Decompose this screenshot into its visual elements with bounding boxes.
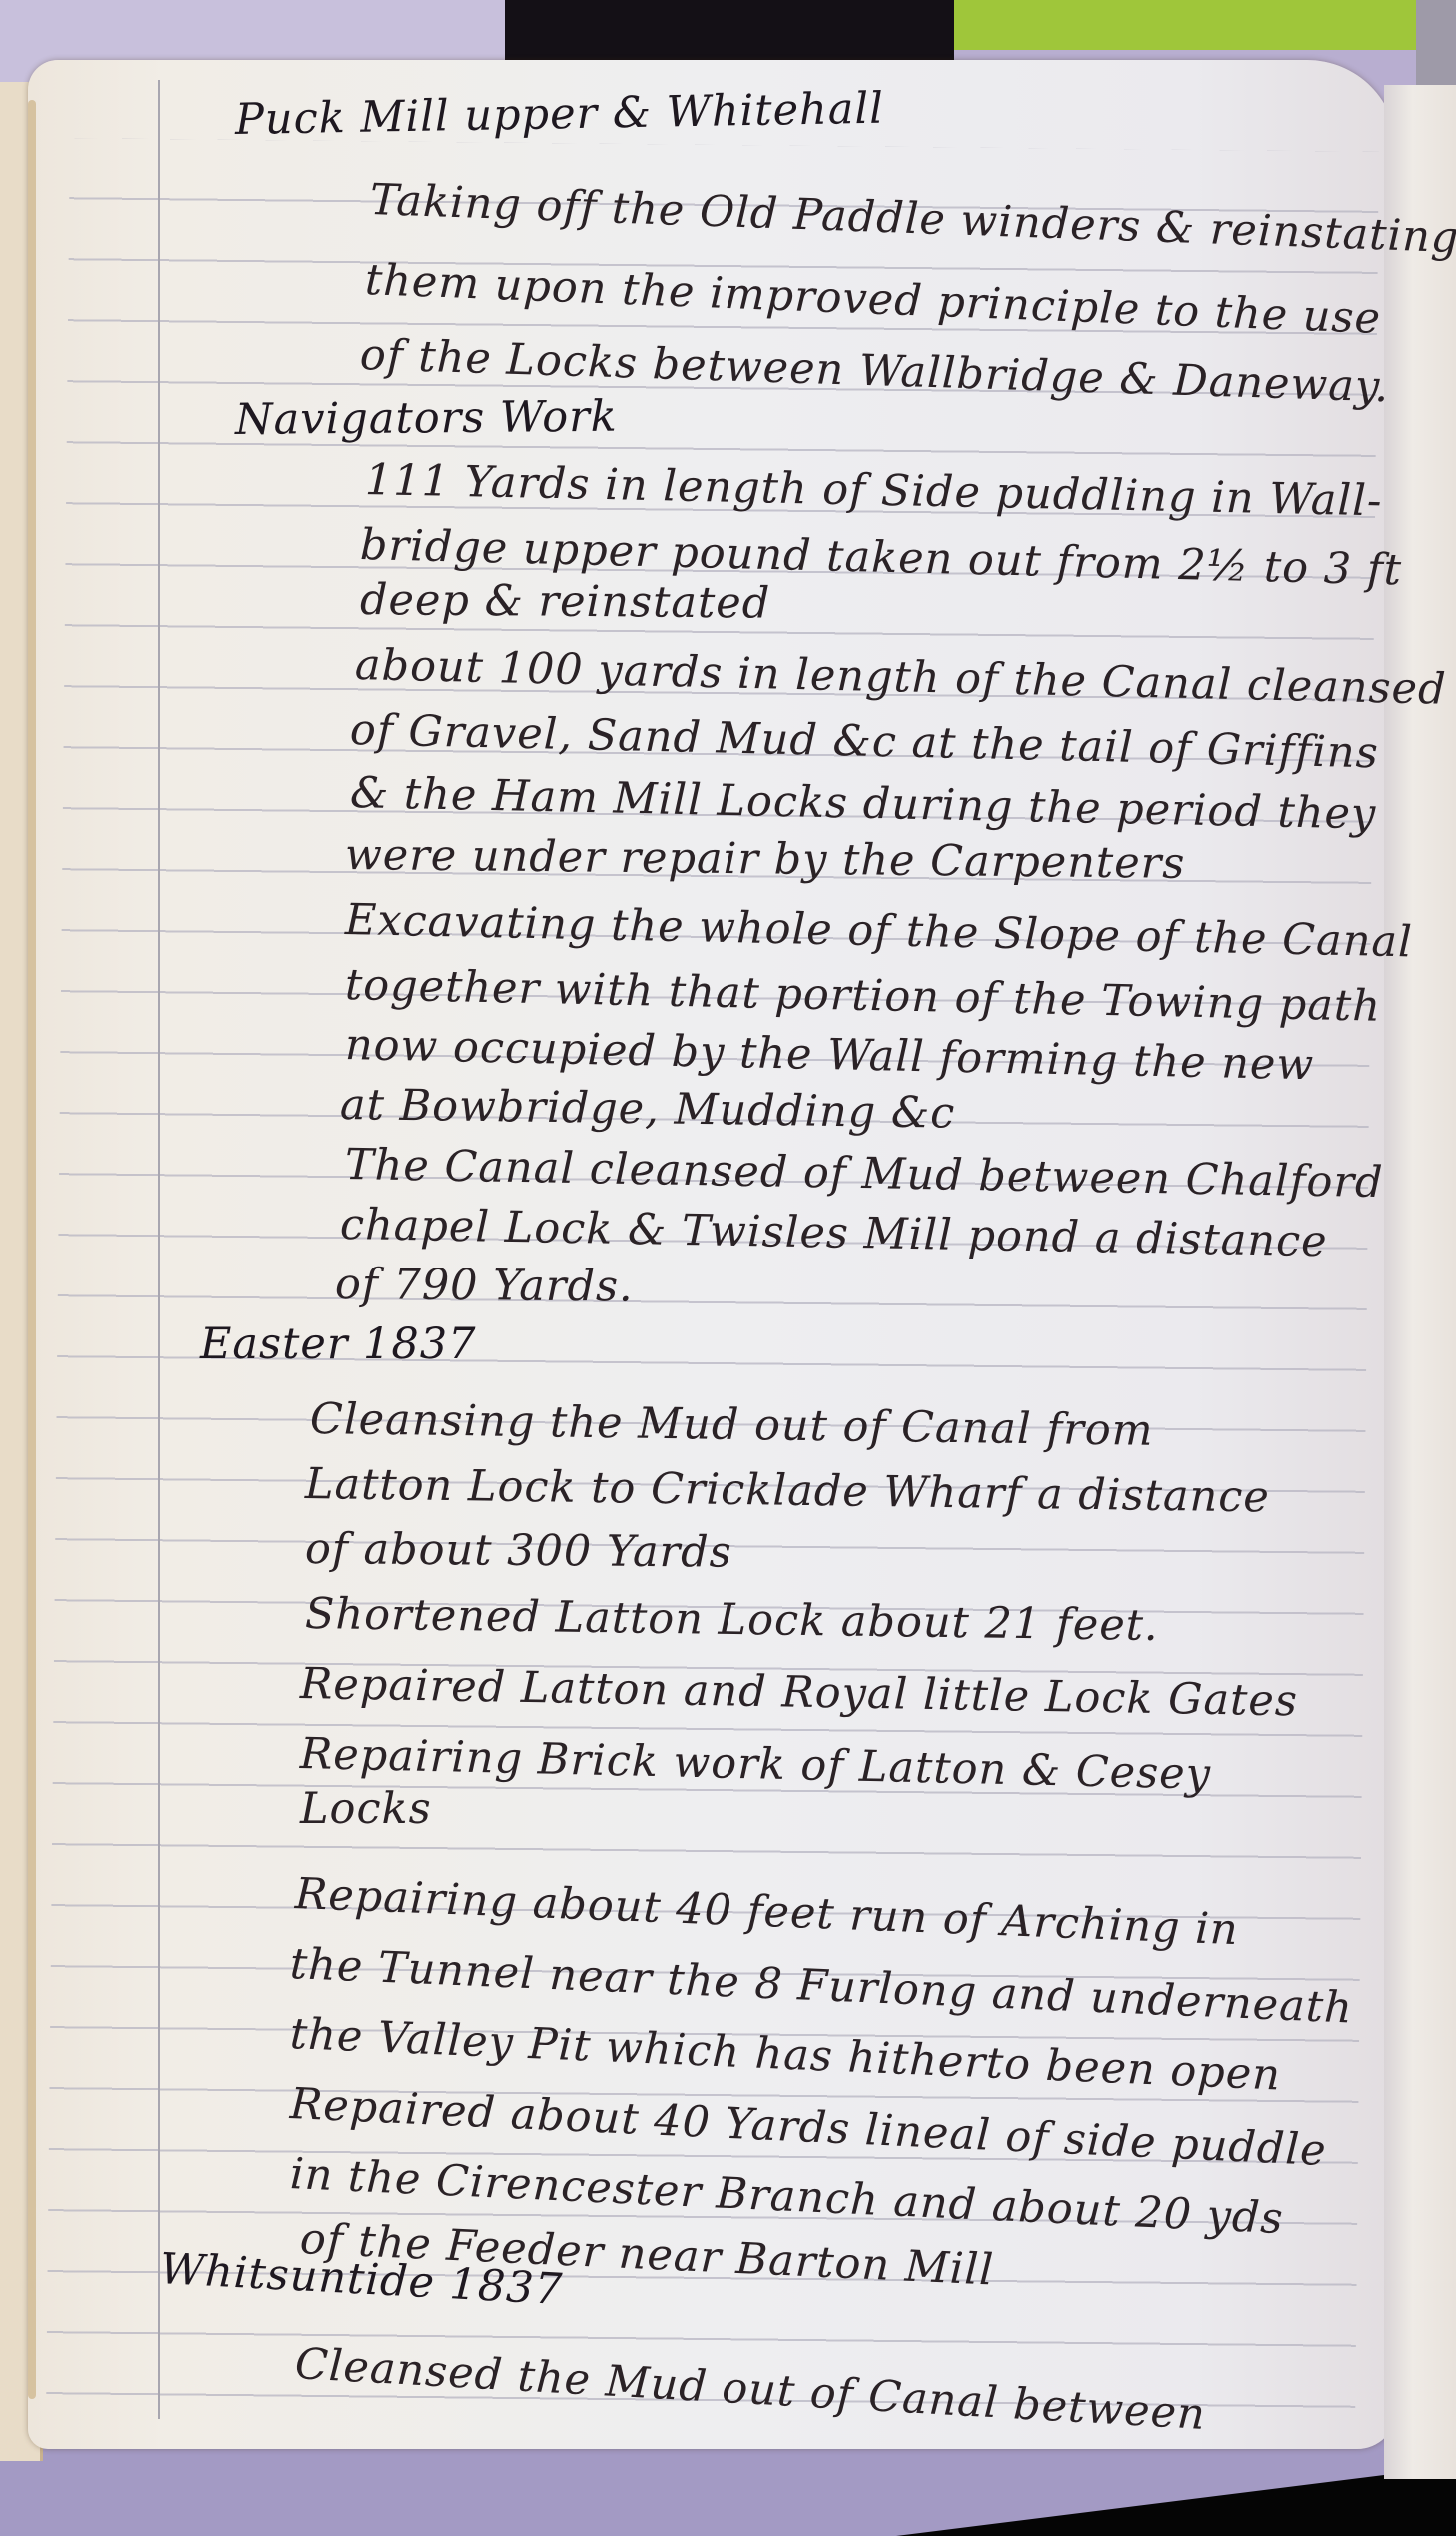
text-line: 111 Yards in length of Side puddling in … xyxy=(364,455,1382,526)
text-line: were under repair by the Carpenters xyxy=(345,830,1186,889)
text-line: at Bowbridge, Mudding &c xyxy=(340,1080,956,1139)
handwritten-text: Puck Mill upper & Whitehall Taking off t… xyxy=(0,0,1456,2536)
text-line: Latton Lock to Cricklade Wharf a distanc… xyxy=(305,1459,1271,1522)
text-line: Repairing about 40 feet run of Arching i… xyxy=(294,1869,1240,1955)
section-heading: Easter 1837 xyxy=(200,1319,476,1369)
section-heading: Puck Mill upper & Whitehall xyxy=(235,84,885,145)
text-line: Shortened Latton Lock about 21 feet. xyxy=(305,1589,1159,1651)
text-line: Cleansed the Mud out of Canal between xyxy=(294,2339,1207,2440)
section-heading: Navigators Work xyxy=(235,392,618,445)
text-line: them upon the improved principle to the … xyxy=(364,255,1382,344)
text-line: The Canal cleansed of Mud between Chalfo… xyxy=(345,1140,1384,1208)
text-line: & the Ham Mill Locks during the period t… xyxy=(349,768,1376,840)
text-line: together with that portion of the Towing… xyxy=(344,960,1381,1032)
text-line: Excavating the whole of the Slope of the… xyxy=(344,895,1413,967)
text-line: about 100 yards in length of the Canal c… xyxy=(354,640,1447,715)
text-line: of 790 Yards. xyxy=(335,1260,634,1312)
text-line: chapel Lock & Twisles Mill pond a distan… xyxy=(340,1200,1328,1267)
text-line: of about 300 Yards xyxy=(305,1524,732,1578)
text-line: Taking off the Old Paddle winders & rein… xyxy=(369,175,1456,263)
text-line: Repairing Brick work of Latton & Cesey xyxy=(299,1729,1211,1800)
text-line: deep & reinstated xyxy=(360,575,771,629)
text-line: of Gravel, Sand Mud &c at the tail of Gr… xyxy=(349,705,1379,778)
text-line: Locks xyxy=(300,1784,432,1834)
text-line: now occupied by the Wall forming the new xyxy=(344,1020,1314,1090)
text-line: Repaired Latton and Royal little Lock Ga… xyxy=(300,1659,1299,1726)
text-line: Cleansing the Mud out of Canal from xyxy=(310,1394,1154,1456)
